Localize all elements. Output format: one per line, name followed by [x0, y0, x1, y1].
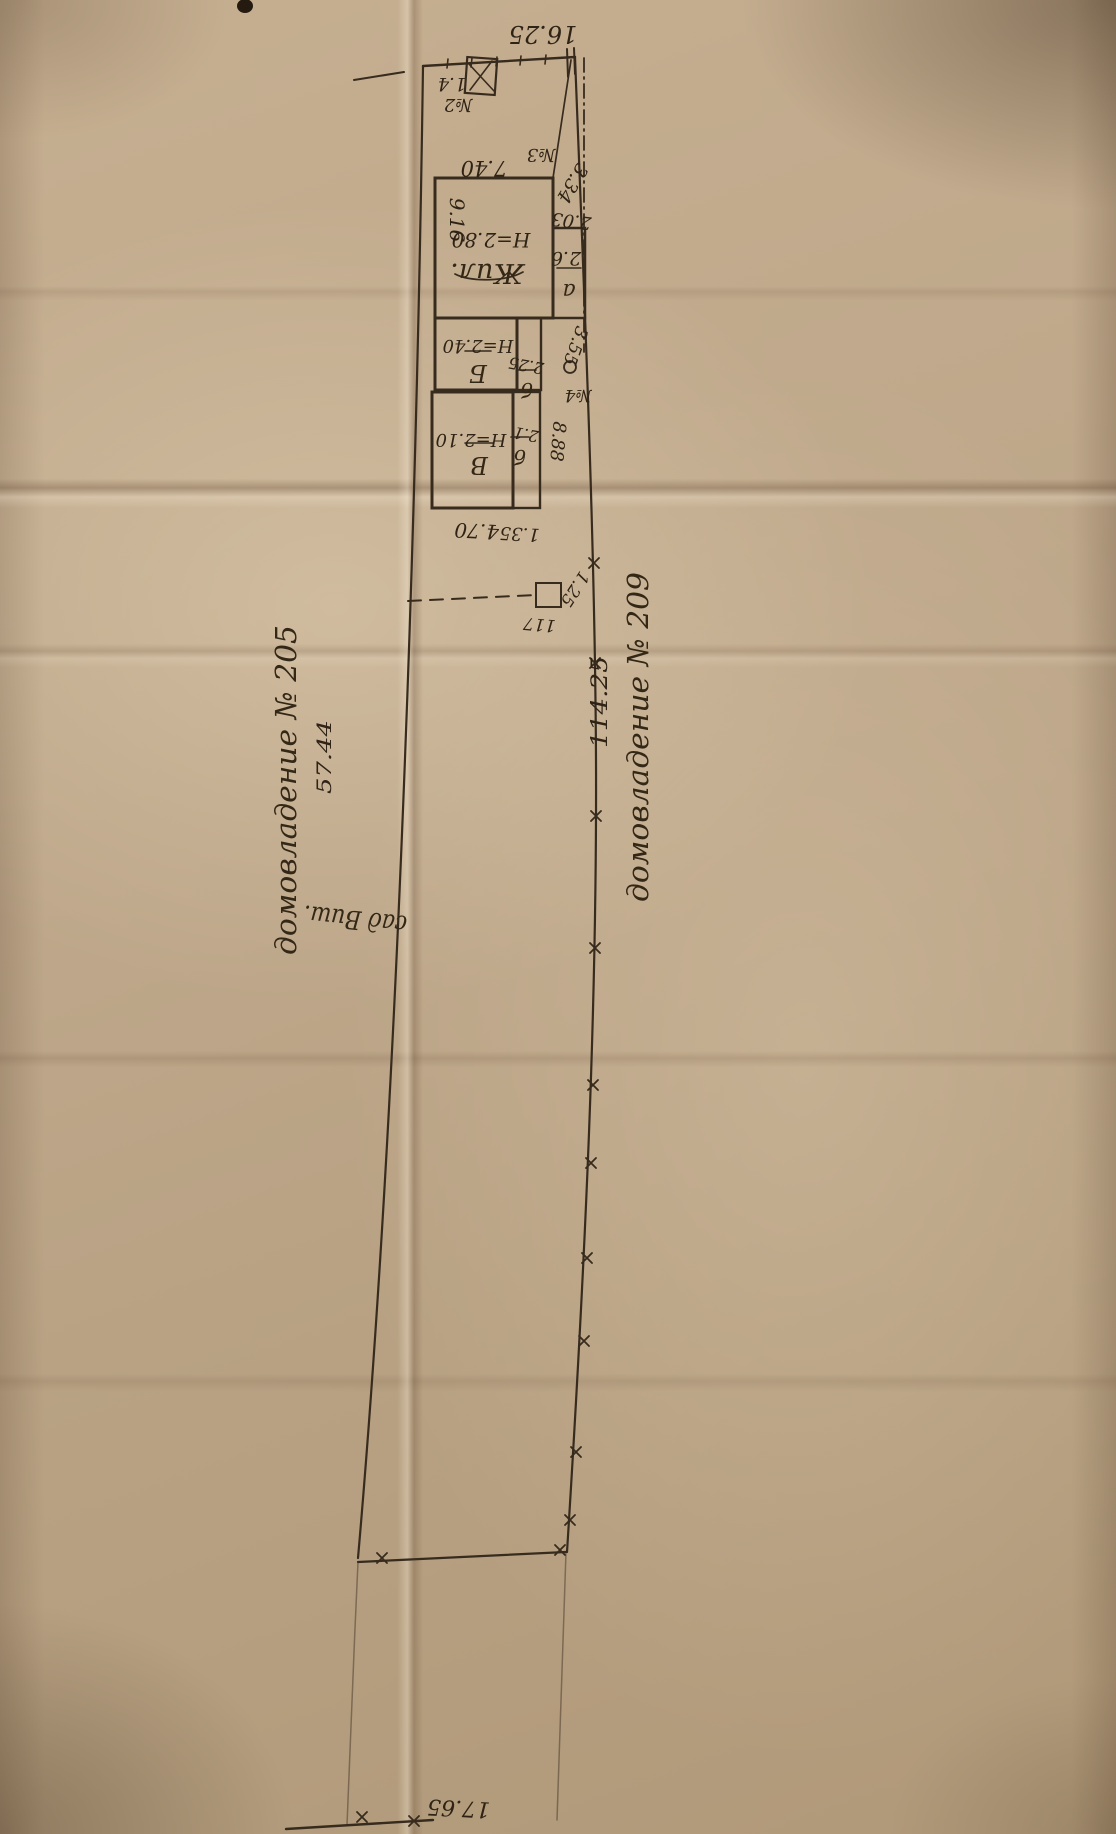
strip-v-width-label: 2.1 [512, 423, 541, 446]
boundary-left-line [358, 66, 423, 1558]
outbuilding-b-height-label: H=2.40 [443, 335, 515, 356]
porch-label: а [562, 278, 575, 303]
base-segment1-label: 4.70 [453, 518, 500, 544]
scanned-plan-photo: 16.25 1.4 №2 №3 7.40 9.16 3.34 2.03 H=2.… [0, 0, 1116, 1834]
left-neighbor-label: домовладение № 205 [269, 625, 303, 955]
side-length-label: 114.25 [588, 656, 613, 748]
shed-number-label: №2 [444, 94, 474, 115]
top-width-label: 16.25 [509, 20, 578, 48]
outbuilding-v-label: В [470, 451, 489, 479]
neighbor-fence-line [354, 72, 404, 80]
porch-width-label: 2.6 [551, 247, 582, 269]
division-dashed-line [408, 595, 536, 601]
right-neighbor-label: домовладение № 209 [621, 572, 655, 902]
boundary-top-line [423, 57, 575, 66]
outbuilding-v-height-label: H=2.10 [436, 429, 508, 450]
main-house-label: Жил. [450, 257, 526, 288]
site-plan-drawing: 16.25 1.4 №2 №3 7.40 9.16 3.34 2.03 H=2.… [0, 0, 1116, 1834]
well-label: №4 [565, 385, 593, 405]
strip-v-length-label: 8.88 [545, 421, 569, 463]
porch-depth-label: 2.03 [550, 208, 593, 234]
division-line [408, 583, 561, 607]
porch-outline [553, 228, 585, 318]
strip-v-label: б [513, 445, 526, 469]
shed-size-label: 1.4 [438, 73, 467, 94]
outbuilding-b-label: Б [469, 359, 488, 387]
strip-b-label: б [520, 378, 533, 402]
boundary-bottom-line [358, 1552, 566, 1562]
survey-x-marks-bottom [357, 1545, 565, 1826]
annotations: 16.25 1.4 №2 №3 7.40 9.16 3.34 2.03 H=2.… [269, 20, 655, 1822]
partial-length-label: 57.44 [312, 720, 336, 794]
garden-label: сад Виш. [302, 899, 409, 940]
ink-blot [237, 0, 253, 13]
division-point-label: 117 [522, 613, 556, 636]
division-point-square [536, 583, 561, 607]
porch-offset-label: 3.34 [552, 159, 593, 207]
bottom-width-label: 17.65 [427, 1793, 491, 1821]
boundary-continuation [347, 1552, 566, 1825]
main-house-width-label: 7.40 [461, 156, 508, 180]
main-house-height-label: H=2.80 [451, 228, 531, 252]
area3-label: №3 [527, 144, 557, 165]
base-segment2-label: 1.35 [499, 522, 540, 545]
